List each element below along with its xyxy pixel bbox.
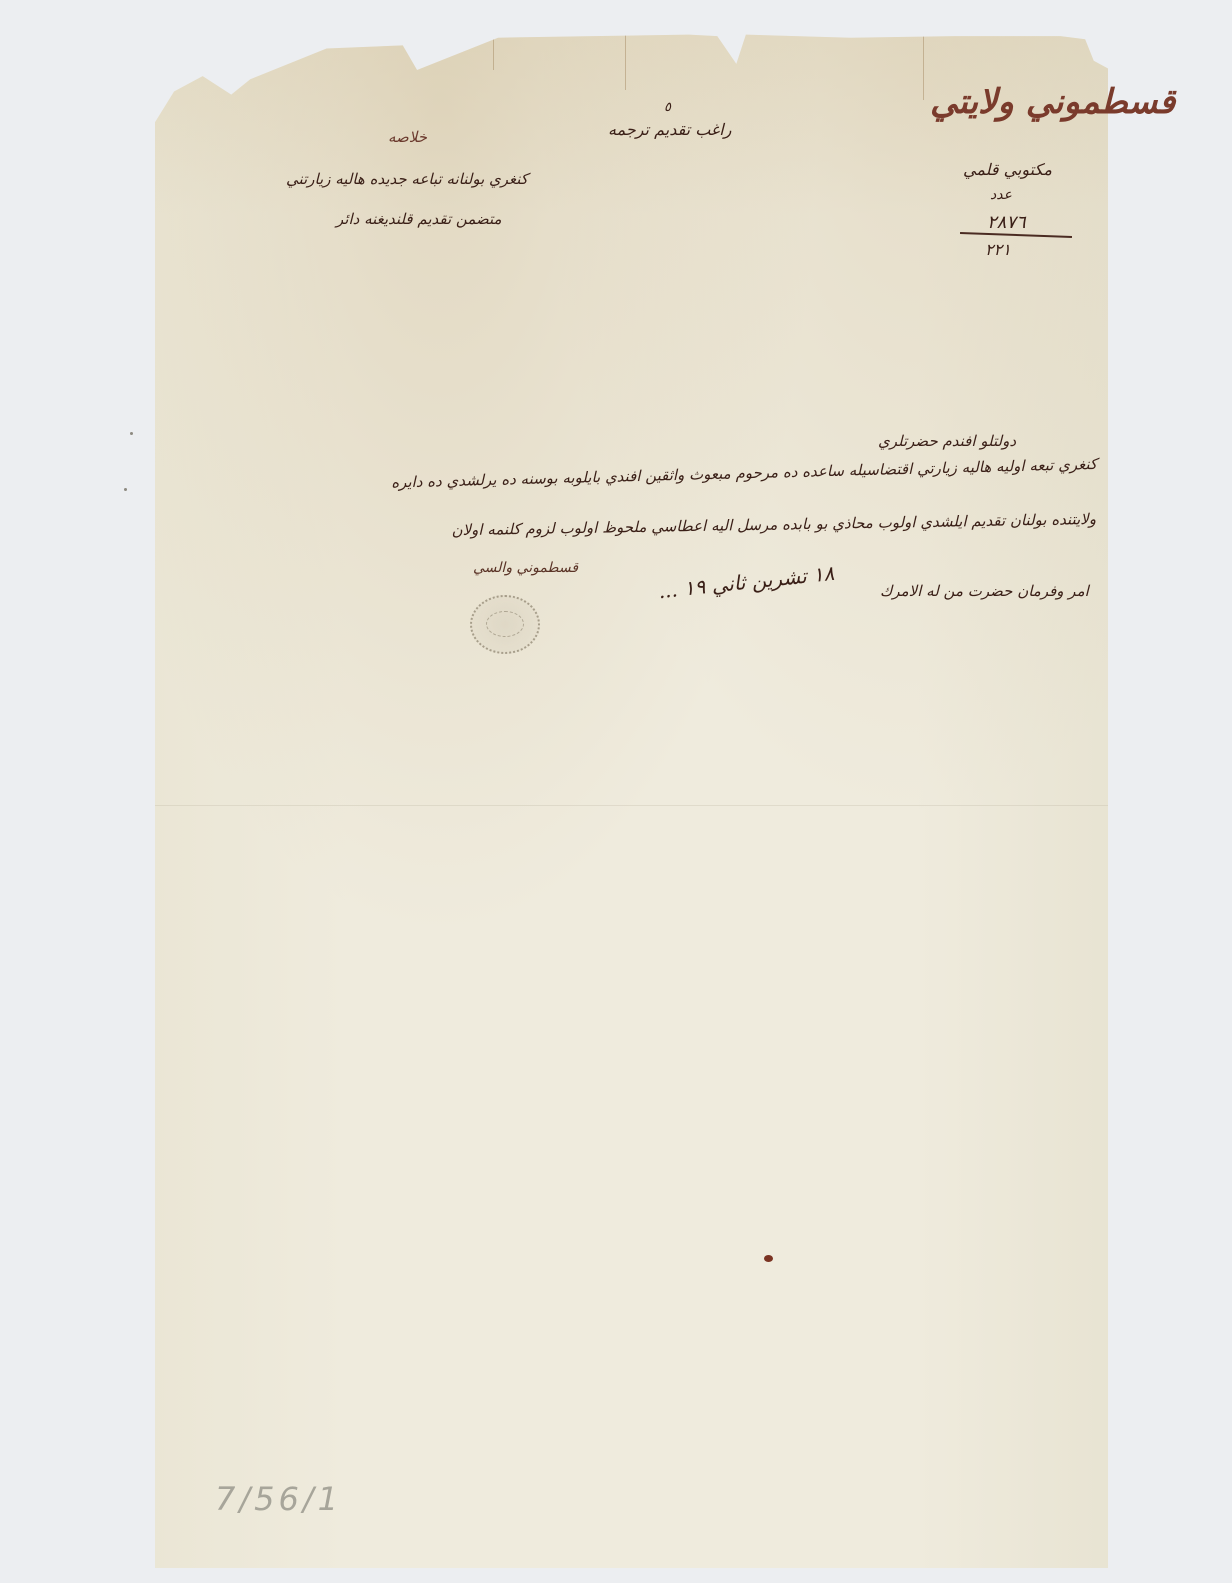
salutation: دولتلو افندم حضرتلري — [878, 432, 1016, 450]
letterhead-number-top: ٢٨٧٦ — [987, 212, 1026, 233]
paper-fold-line — [155, 805, 1108, 806]
letterhead-number-bottom: ٢٢١ — [985, 240, 1011, 259]
speck — [130, 432, 133, 435]
body-line-3: امر وفرمان حضرت من له الامرك — [880, 582, 1089, 600]
paper-tear — [923, 30, 924, 100]
summary-line-1: كنغري بولنانه تباعه جديده هاليه زيارتني — [286, 170, 528, 188]
paper-fold-crease — [625, 30, 626, 90]
official-signature: قسطموني والسي — [473, 560, 578, 576]
header-line: راغب تقديم ترجمه — [608, 120, 731, 139]
letterhead-title: قسطموني ولايتي — [930, 82, 1175, 122]
summary-line-2: متضمن تقديم قلنديغنه دائر — [336, 210, 502, 228]
top-mark: ٥ — [664, 100, 671, 115]
document-paper — [155, 30, 1108, 1568]
summary-heading: خلاصه — [388, 128, 427, 146]
speck — [124, 488, 127, 491]
archive-reference: 7/56/1 — [215, 1480, 342, 1518]
letterhead-number-label: عدد — [990, 187, 1012, 203]
letterhead-subtitle: مكتوبي قلمي — [963, 160, 1052, 179]
seal-stamp-icon — [470, 595, 540, 654]
seal-inner-ring — [486, 611, 524, 637]
paper-tear — [493, 30, 494, 70]
ink-stain — [764, 1255, 773, 1262]
